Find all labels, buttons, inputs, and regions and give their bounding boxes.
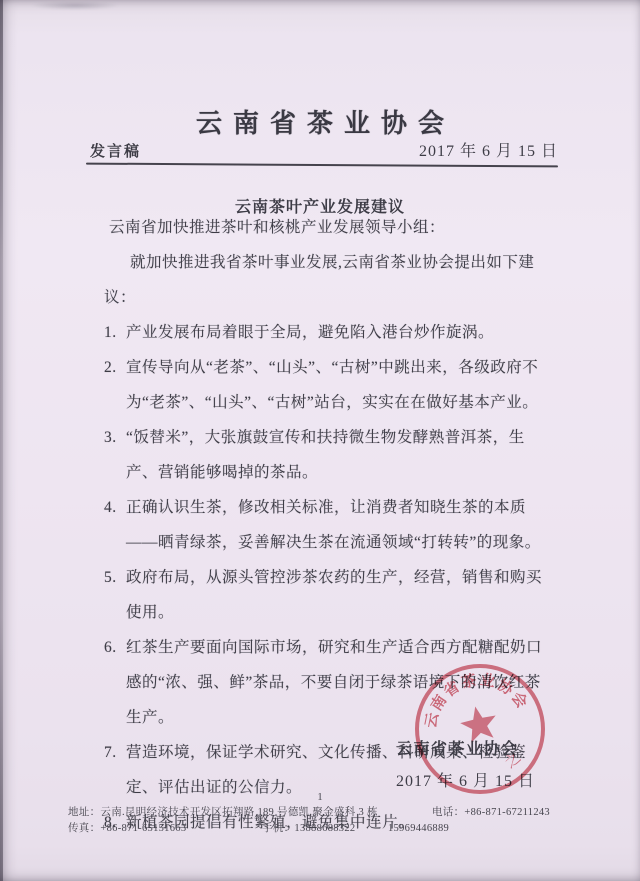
header-date: 2017 年 6 月 15 日: [419, 138, 558, 161]
list-item-text: 正确认识生茶，修改相关标准，让消费者知晓生茶的本质——晒青绿茶，妥善解决生茶在流…: [126, 490, 556, 560]
fax-label: 传真：: [68, 823, 100, 834]
seal-bottom-glyph: 之: [502, 749, 525, 772]
list-item-text: “饭替米”，大张旗鼓宣传和扶持微生物发酵熟普洱茶，生产、营销能够喝掉的茶品。: [126, 420, 556, 490]
footer-phone: 电话：+86-871-67211243: [432, 805, 550, 821]
fax-value: +86-871-65151663: [100, 823, 186, 834]
list-item: 1. 产业发展布局着眼于全局，避免陷入港台炒作旋涡。: [104, 315, 556, 350]
phone-label: 电话：: [432, 807, 464, 818]
seal-star-icon: [458, 703, 501, 744]
footer: 地址：云南.昆明经济技术开发区拓翔路 189 号德凯.聚金盛科 3 栋 电话：+…: [68, 805, 584, 837]
paper-smudge: [30, 1, 120, 10]
address-label: 地址：: [68, 807, 100, 818]
list-item-number: 6.: [104, 630, 126, 735]
footer-fax: 传真：+86-871-65151663: [68, 821, 262, 837]
footer-mobile: 手机：13888688322: [262, 821, 388, 837]
list-item-number: 1.: [104, 315, 126, 350]
footer-row-1: 地址：云南.昆明经济技术开发区拓翔路 189 号德凯.聚金盛科 3 栋 电话：+…: [68, 805, 584, 821]
mobile2-value: 15969446889: [388, 821, 449, 837]
mobile1-value: 13888688322: [294, 823, 355, 834]
subheader: 发言稿 2017 年 6 月 15 日: [90, 138, 558, 161]
list-item-number: 4.: [104, 490, 126, 560]
doc-type-label: 发言稿: [90, 140, 141, 161]
salutation: 云南省加快推进茶叶和核桃产业发展领导小组：: [109, 210, 556, 245]
document-page: 云南省茶业协会 发言稿 2017 年 6 月 15 日 云南茶叶产业发展建议 云…: [0, 0, 640, 881]
official-seal: 云南省茶业协会 之: [412, 661, 548, 797]
address-value: 云南.昆明经济技术开发区拓翔路 189 号德凯.聚金盛科 3 栋: [100, 807, 377, 818]
mobile-label: 手机：: [262, 823, 294, 834]
list-item: 4. 正确认识生茶，修改相关标准，让消费者知晓生茶的本质——晒青绿茶，妥善解决生…: [104, 490, 556, 560]
footer-address: 地址：云南.昆明经济技术开发区拓翔路 189 号德凯.聚金盛科 3 栋: [68, 805, 432, 821]
footer-row-2: 传真：+86-871-65151663 手机：13888688322 15969…: [68, 821, 584, 837]
list-item-number: 2.: [104, 350, 126, 420]
header-divider: [86, 163, 558, 168]
list-item: 3. “饭替米”，大张旗鼓宣传和扶持微生物发酵熟普洱茶，生产、营销能够喝掉的茶品…: [104, 420, 556, 490]
intro-paragraph: 就加快推进我省茶叶事业发展,云南省茶业协会提出如下建议：: [104, 245, 556, 315]
list-item-text: 政府布局，从源头管控涉茶农药的生产，经营，销售和购买使用。: [126, 560, 556, 630]
list-item: 2. 宣传导向从“老茶”、“山头”、“古树”中跳出来，各级政府不为“老茶”、“山…: [104, 350, 556, 420]
list-item-number: 5.: [104, 560, 126, 630]
phone-value: +86-871-67211243: [464, 807, 550, 818]
list-item-number: 3.: [104, 420, 126, 490]
list-item-text: 宣传导向从“老茶”、“山头”、“古树”中跳出来，各级政府不为“老茶”、“山头”、…: [126, 350, 556, 420]
photo-left-edge: [0, 0, 3, 881]
org-title: 云南省茶业协会: [0, 103, 640, 140]
seal-graphic: 云南省茶业协会 之: [412, 661, 548, 797]
list-item-text: 产业发展布局着眼于全局，避免陷入港台炒作旋涡。: [126, 315, 556, 350]
list-item: 5. 政府布局，从源头管控涉茶农药的生产，经营，销售和购买使用。: [104, 560, 556, 630]
